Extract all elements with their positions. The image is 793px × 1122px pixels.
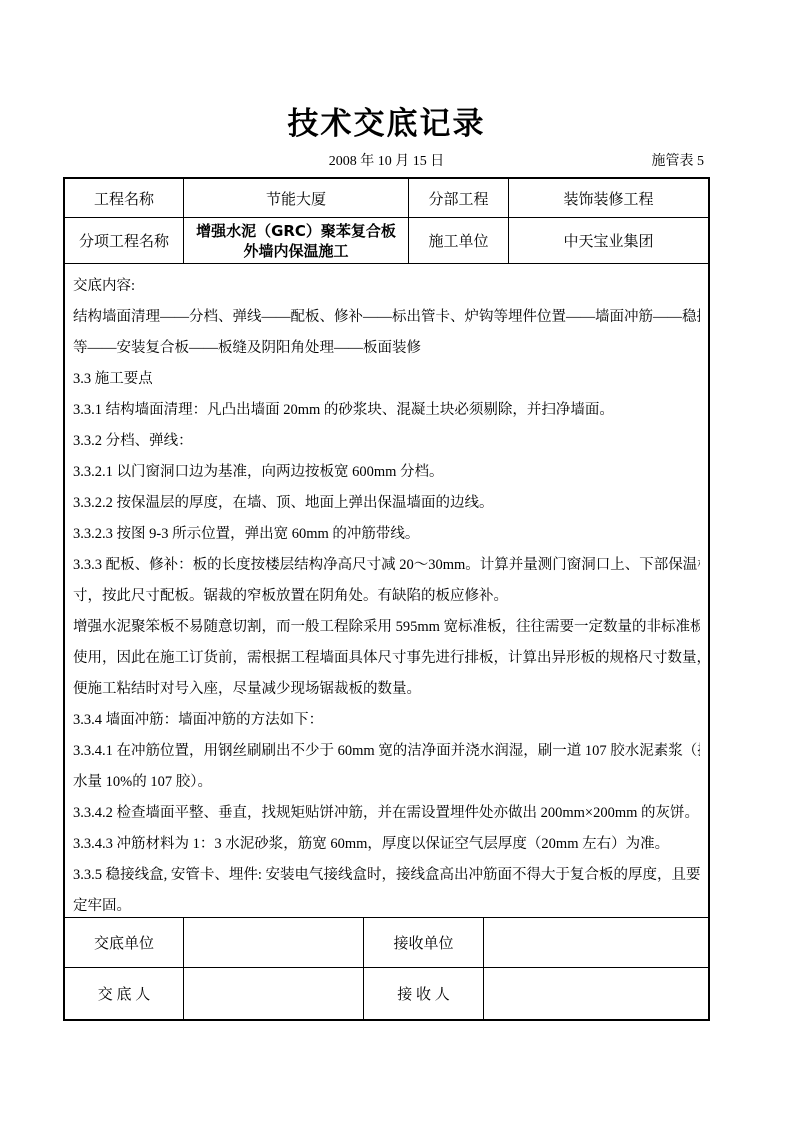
construction-unit-label: 施工单位 [409,218,509,264]
content-line: 3.3.1 结构墙面清理：凡凸出墙面 20mm 的砂浆块、混凝土块必须剔除，并扫… [73,395,700,426]
discloser-label: 交 底 人 [65,968,184,1019]
content-line: 3.3.4.3 冲筋材料为 1：3 水泥砂浆，筋宽 60mm，厚度以保证空气层厚… [73,829,700,860]
division-work-value: 装饰装修工程 [509,179,708,218]
receiver-label: 接 收 人 [364,968,484,1019]
discloser-field [184,968,364,1019]
disclosure-content-area: 交底内容: 结构墙面清理——分档、弹线——配板、修补——标出管卡、炉钩等埋件位置… [65,264,708,918]
content-line: 3.3.2 分档、弹线： [73,426,700,457]
content-line: 3.3.4.2 检查墙面平整、垂直，找规矩贴饼冲筋，并在需设置埋件处亦做出 20… [73,798,700,829]
receiving-unit-label: 接收单位 [364,918,484,968]
content-line: 寸，按此尺寸配板。锯裁的窄板放置在阴角处。有缺陷的板应修补。 [73,581,700,612]
disclosure-record-document: 技术交底记录 2008 年 10 月 15 日 施管表 5 工程名称 节能大厦 … [63,0,710,1021]
sub-project-value: 增强水泥（GRC）聚苯复合板外墙内保温施工 [184,218,409,264]
form-number: 施管表 5 [652,149,705,174]
content-line: 定牢固。 [73,891,700,918]
content-line: 3.3.2.2 按保温层的厚度，在墙、顶、地面上弹出保温墙面的边线。 [73,488,700,519]
content-line: 3.3 施工要点 [73,364,700,395]
meta-row: 2008 年 10 月 15 日 施管表 5 [63,149,710,174]
content-line: 3.3.2.3 按图 9-3 所示位置，弹出宽 60mm 的冲筋带线。 [73,519,700,550]
sub-project-label: 分项工程名称 [65,218,184,264]
content-line: 水量 10%的 107 胶）。 [73,767,700,798]
project-name-label: 工程名称 [65,179,184,218]
content-line: 3.3.3 配板、修补：板的长度按楼层结构净高尺寸减 20～30mm。计算并量测… [73,550,700,581]
receiver-field [484,968,708,1019]
receiving-unit-field [484,918,708,968]
content-line: 便施工粘结时对号入座，尽量减少现场锯裁板的数量。 [73,674,700,705]
content-line: 等——安装复合板——板缝及阴阳角处理——板面装修 [73,333,700,364]
disclosing-unit-label: 交底单位 [65,918,184,968]
content-paragraphs: 结构墙面清理——分档、弹线——配板、修补——标出管卡、炉钩等埋件位置——墙面冲筋… [73,302,700,918]
project-info-grid: 工程名称 节能大厦 分部工程 装饰装修工程 分项工程名称 增强水泥（GRC）聚苯… [65,179,708,264]
content-line: 3.3.5 稳接线盒, 安管卡、埋件: 安装电气接线盒时，接线盒高出冲筋面不得大… [73,860,700,891]
sign-off-grid: 交底单位 接收单位 交 底 人 接 收 人 [65,918,708,1019]
division-work-label: 分部工程 [409,179,509,218]
page-title: 技术交底记录 [63,104,710,144]
content-line: 3.3.2.1 以门窗洞口边为基准，向两边按板宽 600mm 分档。 [73,457,700,488]
content-line: 增强水泥聚笨板不易随意切割，而一般工程除采用 595mm 宽标准板，往往需要一定… [73,612,700,643]
main-form-table: 工程名称 节能大厦 分部工程 装饰装修工程 分项工程名称 增强水泥（GRC）聚苯… [63,177,710,1021]
content-line: 3.3.4.1 在冲筋位置，用钢丝刷刷出不少于 60mm 宽的洁净面并浇水润湿，… [73,736,700,767]
disclosing-unit-field [184,918,364,968]
construction-unit-value: 中天宝业集团 [509,218,708,264]
project-name-value: 节能大厦 [184,179,409,218]
content-line: 使用，因此在施工订货前，需根据工程墙面具体尺寸事先进行排板，计算出异形板的规格尺… [73,643,700,674]
document-page: 技术交底记录 2008 年 10 月 15 日 施管表 5 工程名称 节能大厦 … [0,0,793,1122]
content-line: 3.3.4 墙面冲筋：墙面冲筋的方法如下： [73,705,700,736]
content-heading: 交底内容: [73,271,700,302]
content-line: 结构墙面清理——分档、弹线——配板、修补——标出管卡、炉钩等埋件位置——墙面冲筋… [73,302,700,333]
document-date: 2008 年 10 月 15 日 [63,149,710,174]
